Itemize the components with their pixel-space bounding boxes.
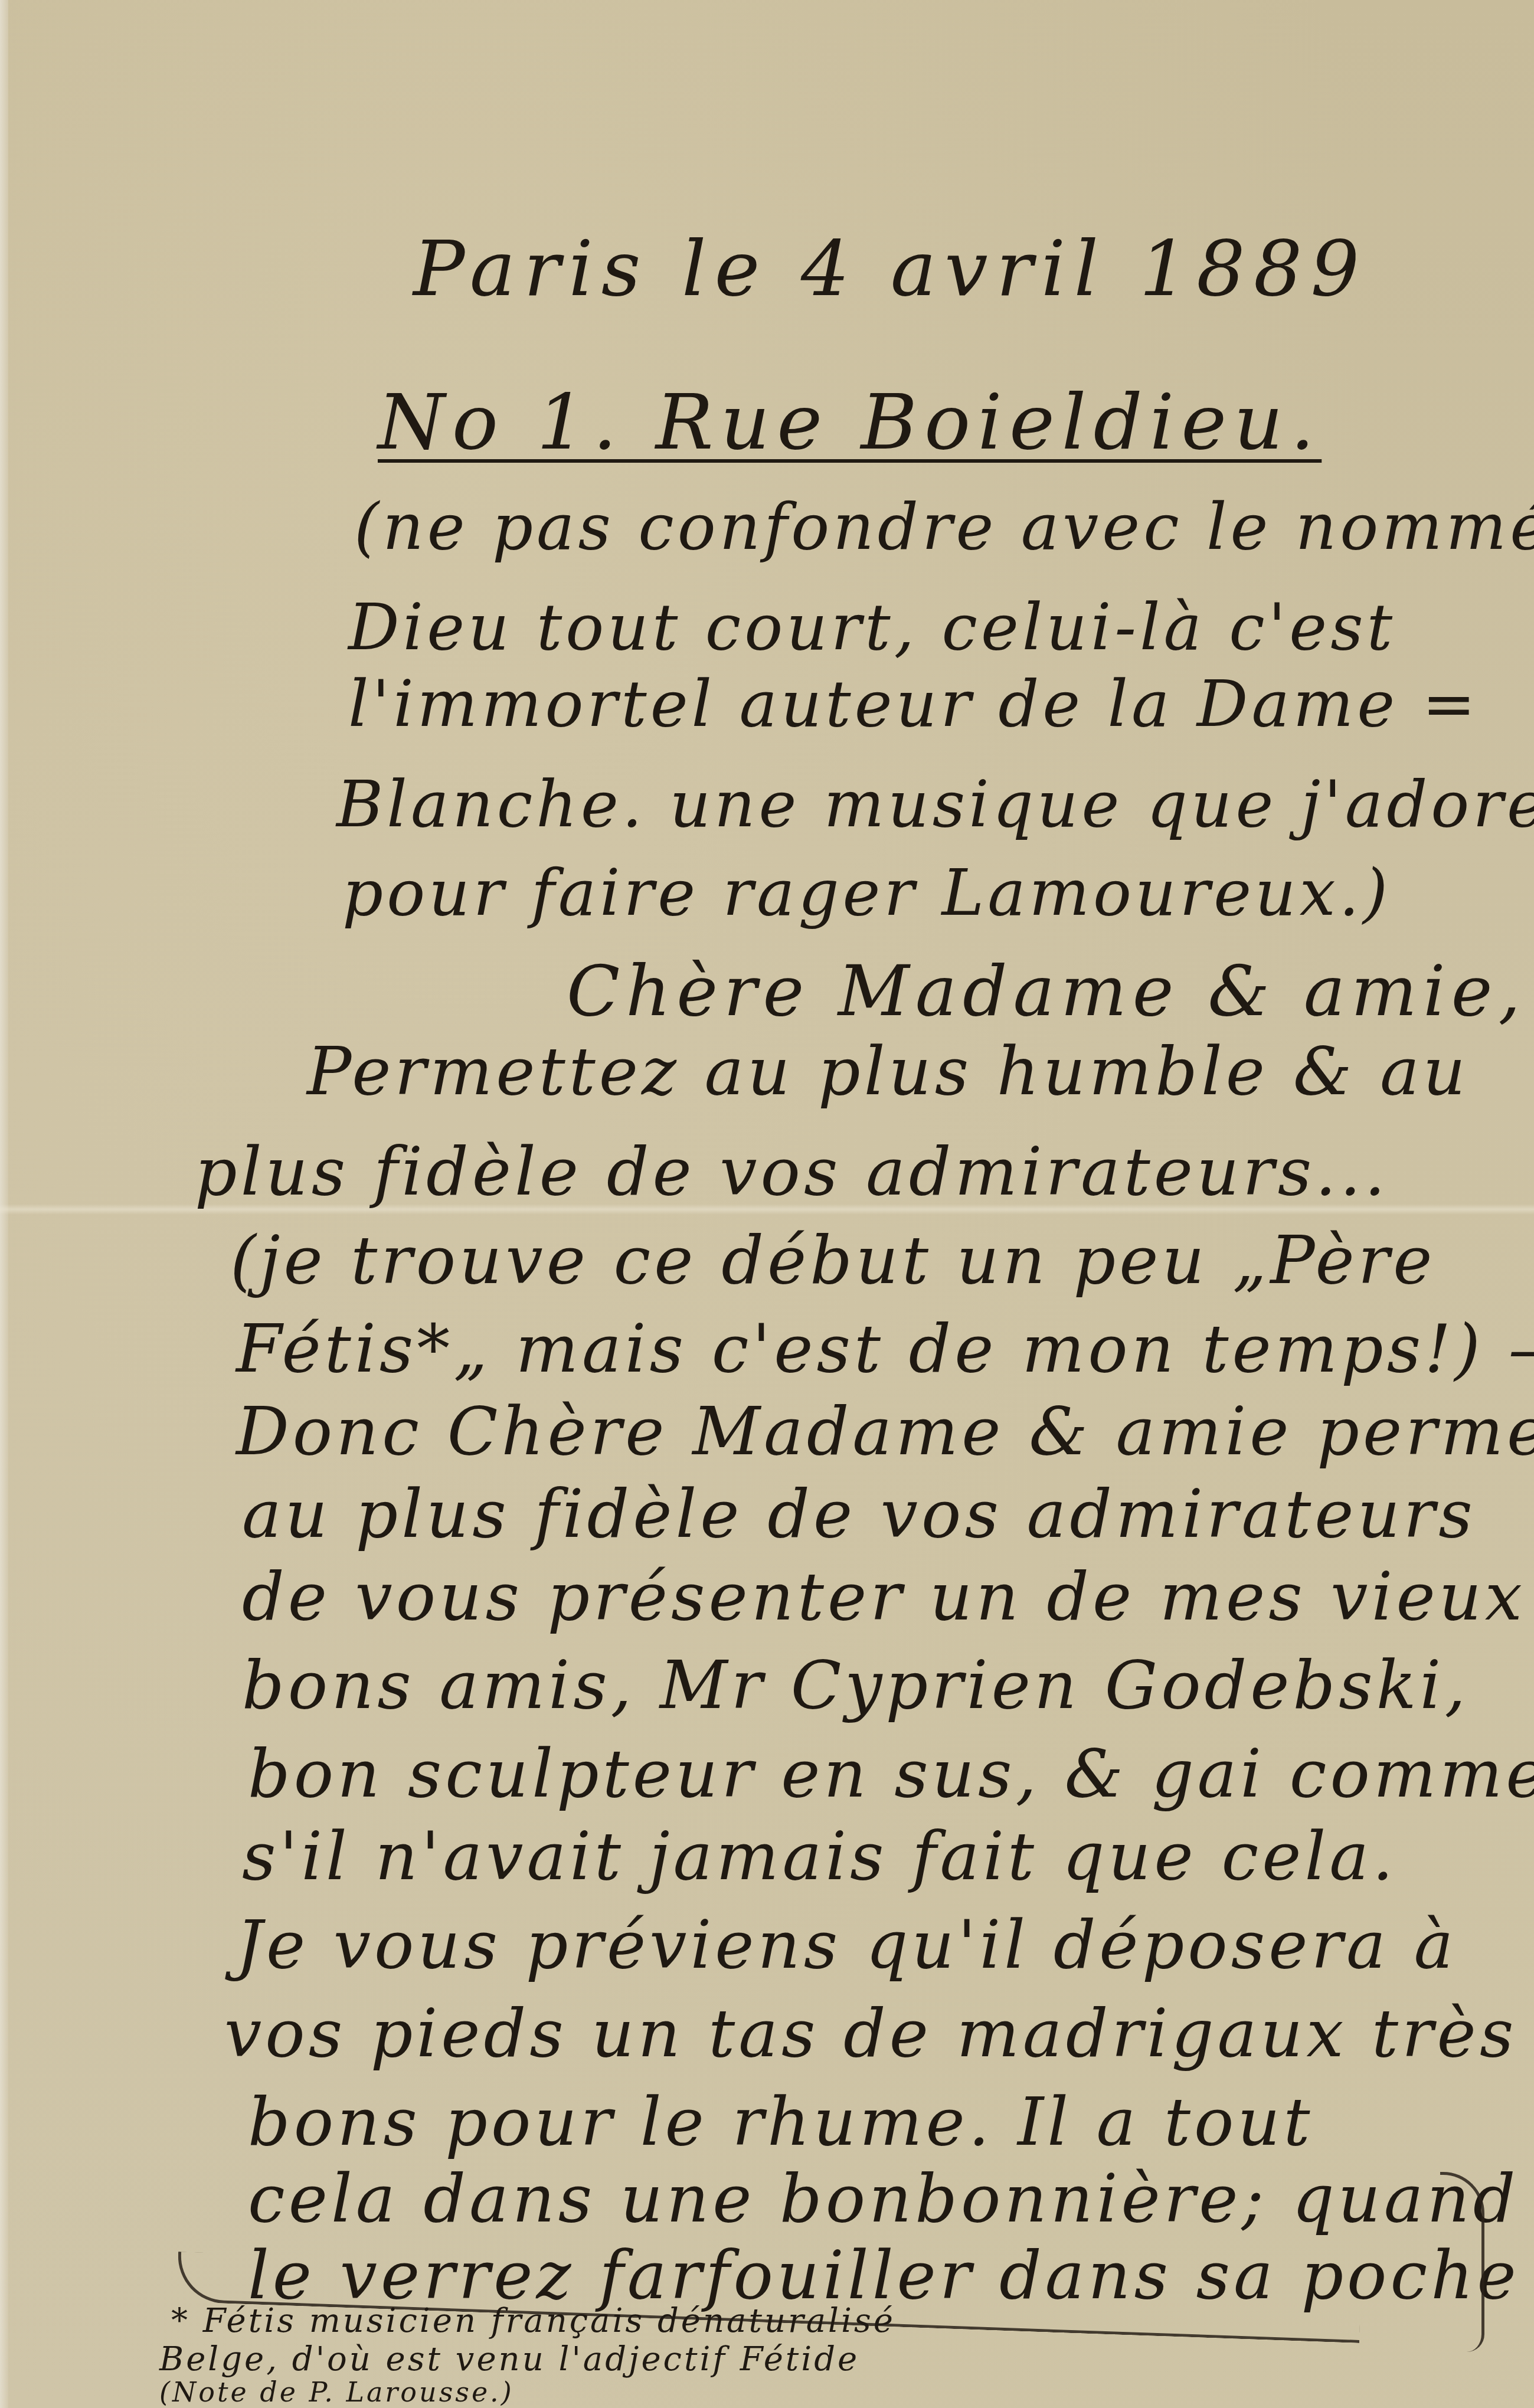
body-line: Donc Chère Madame & amie permettez	[236, 1399, 1534, 1465]
aside-line: pour faire rager Lamoureux.)	[342, 862, 1391, 925]
salutation: Chère Madame & amie,	[567, 956, 1526, 1026]
dateline: Paris le 4 avril 1889	[413, 230, 1368, 307]
aside-line: l'immortel auteur de la Dame =	[348, 673, 1479, 737]
body-line: vos pieds un tas de madrigaux très	[224, 2001, 1517, 2067]
body-line: plus fidèle de vos admirateurs...	[195, 1139, 1389, 1205]
body-line: bons pour le rhume. Il a tout	[248, 2089, 1314, 2155]
body-line: Fétis*„ mais c'est de mon temps!) –	[236, 1316, 1534, 1382]
body-line: bons amis, Mr Cyprien Godebski,	[242, 1653, 1469, 1719]
footnote-line: (Note de P. Larousse.)	[159, 2378, 514, 2406]
body-line: Je vous préviens qu'il déposera à	[236, 1912, 1457, 1978]
aside-line: Blanche. une musique que j'adore	[336, 773, 1534, 837]
aside-line: (ne pas confondre avec le nommé	[354, 496, 1534, 560]
body-line: Permettez au plus humble & au	[307, 1039, 1469, 1105]
body-line: bon sculpteur en sus, & gai comme	[248, 1741, 1534, 1807]
body-line: (je trouve ce début un peu „Père	[230, 1228, 1436, 1294]
footnote-line: * Fétis musicien français dénaturalisé	[171, 2305, 895, 2338]
footnote-line: Belge, d'où est venu l'adjectif Fétide	[159, 2343, 859, 2376]
body-line: au plus fidèle de vos admirateurs	[242, 1481, 1476, 1547]
address: No 1. Rue Boieldieu.	[378, 384, 1322, 460]
body-line: s'il n'avait jamais fait que cela.	[242, 1824, 1397, 1890]
aside-line: Dieu tout court, celui-là c'est	[348, 596, 1396, 660]
body-line: de vous présenter un de mes vieux &	[242, 1564, 1534, 1630]
body-line: cela dans une bonbonnière; quand vous	[248, 2166, 1534, 2232]
footnote-bracket-stroke	[1440, 2172, 1484, 2352]
